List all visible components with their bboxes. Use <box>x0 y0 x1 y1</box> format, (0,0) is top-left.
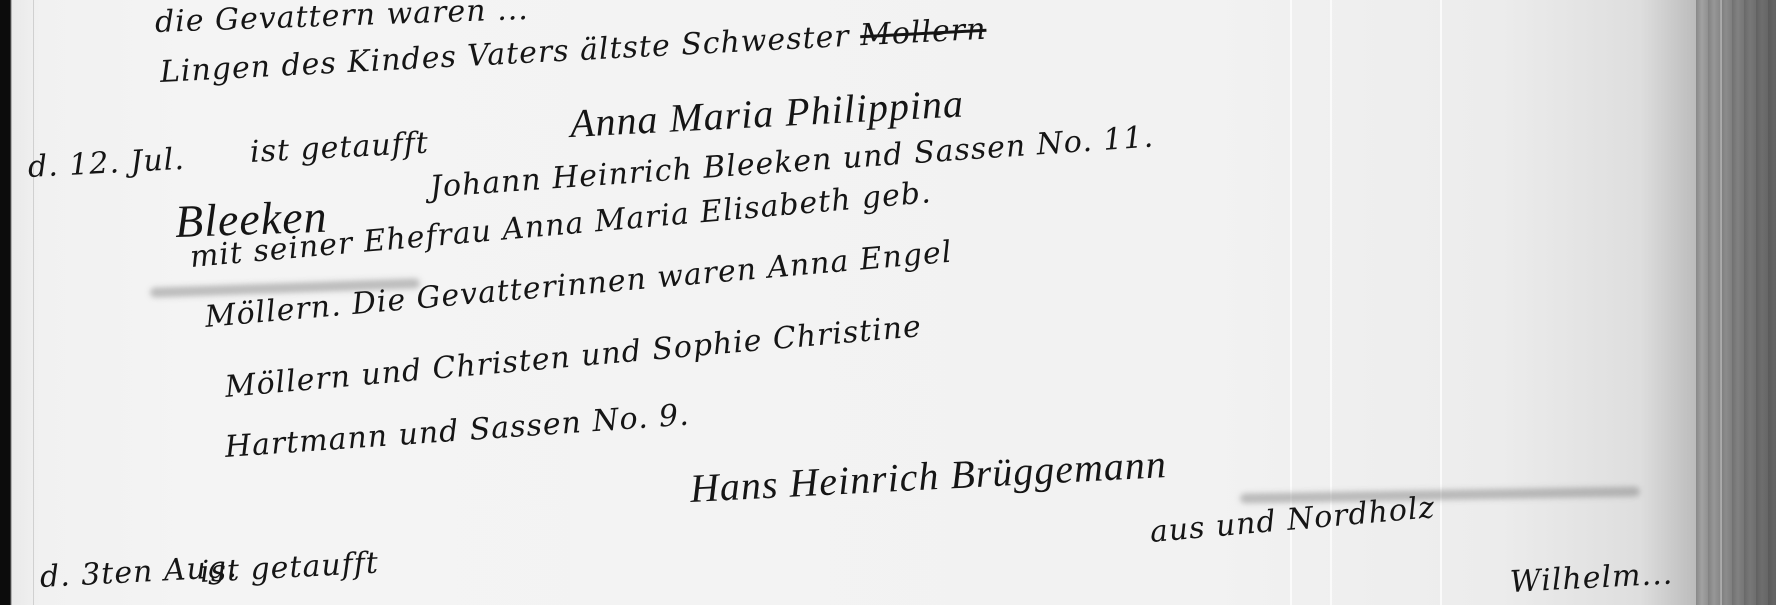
register-page: die Gevattern waren ... Lingen des Kinde… <box>0 0 1776 605</box>
entry-date: d. 12. Jul. <box>27 142 186 185</box>
text-line: ist getaufft <box>249 126 430 170</box>
left-margin-rule <box>33 0 34 605</box>
text-line: Hartmann und Sassen No. 9. <box>224 398 691 465</box>
struck-word: Mollern <box>859 12 987 54</box>
book-binding <box>1696 0 1776 605</box>
text-line: die Gevattern waren ... <box>154 0 529 40</box>
text-line: Wilhelm... <box>1509 556 1674 599</box>
scan-line <box>1440 0 1442 605</box>
child-name: Hans Heinrich Brüggemann <box>689 440 1168 512</box>
